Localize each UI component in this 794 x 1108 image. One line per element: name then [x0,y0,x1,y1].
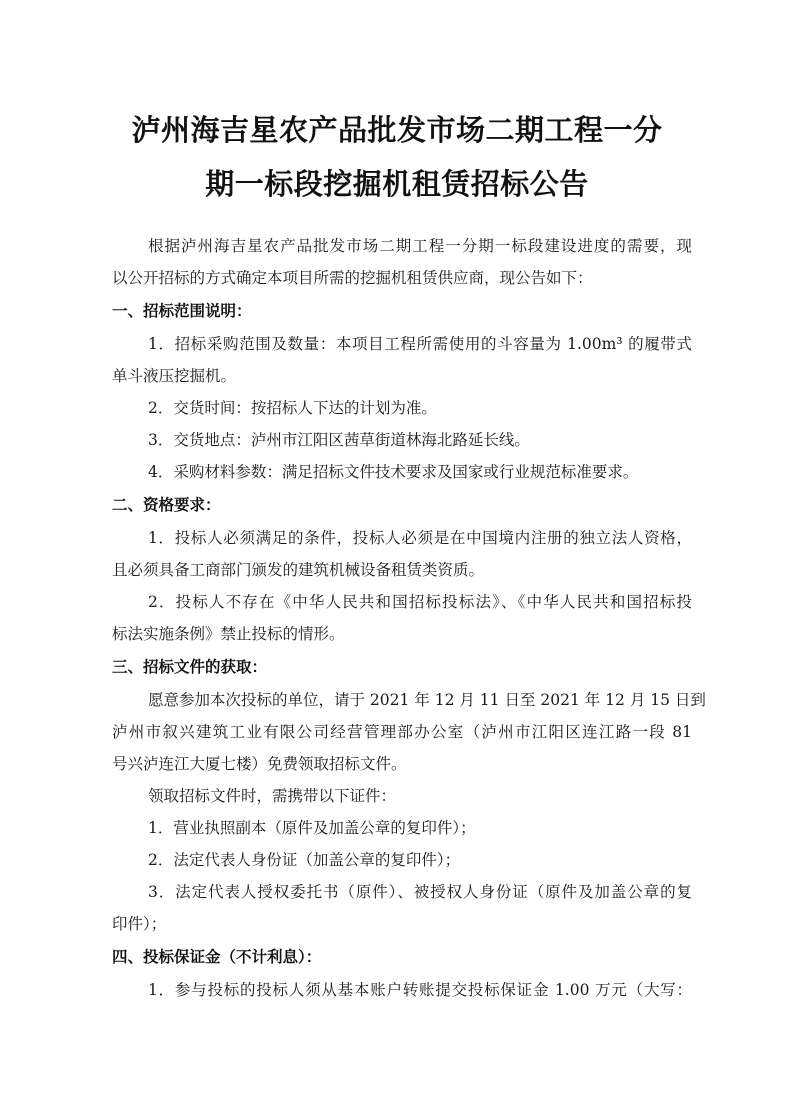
section-3-paragraph-line-3: 号兴泸连江大厦七楼）免费领取招标文件。 [112,754,692,774]
section-2-item-1-line-2: 且必须具备工商部门颁发的建筑机械设备租赁类资质。 [112,560,692,580]
document-title-line-1: 泸州海吉星农产品批发市场二期工程一分 [0,108,794,149]
section-1-item-2: 2．交货时间：按招标人下达的计划为准。 [148,398,728,418]
intro-paragraph-line-1: 根据泸州海吉星农产品批发市场二期工程一分期一标段建设进度的需要，现 [148,236,692,256]
section-2-item-2-line-1: 2．投标人不存在《中华人民共和国招标投标法》、《中华人民共和国招标投 [148,592,692,612]
section-3-item-2: 2．法定代表人身份证（加盖公章的复印件）； [148,850,728,870]
section-2-item-2-line-2: 标法实施条例》禁止投标的情形。 [112,624,692,644]
section-heading-4: 四、投标保证金（不计利息）： [112,947,692,967]
section-3-note: 领取招标文件时，需携带以下证件： [148,786,728,806]
section-heading-1: 一、招标范围说明： [112,301,692,321]
section-1-item-3: 3．交货地点：泸州市江阳区茜草街道林海北路延长线。 [148,430,728,450]
section-1-item-1-line-1: 1．招标采购范围及数量：本项目工程所需使用的斗容量为 1.00m³ 的履带式 [148,334,692,354]
intro-paragraph-line-2: 以公开招标的方式确定本项目所需的挖掘机租赁供应商，现公告如下： [112,268,692,288]
section-3-paragraph-line-2: 泸州市叙兴建筑工业有限公司经营管理部办公室（泸州市江阳区连江路一段 81 [112,722,692,742]
section-2-item-1-line-1: 1．投标人必须满足的条件，投标人必须是在中国境内注册的独立法人资格， [148,528,692,548]
section-heading-3: 三、招标文件的获取： [112,657,692,677]
section-3-item-3-line-2: 印件）； [112,914,692,934]
section-4-item-1-line-1: 1．参与投标的投标人须从基本账户转账提交投标保证金 1.00 万元（大写： [148,980,692,1000]
section-3-item-3-line-1: 3．法定代表人授权委托书（原件）、被授权人身份证（原件及加盖公章的复 [148,882,692,902]
section-heading-2: 二、资格要求： [112,495,692,515]
section-1-item-4: 4．采购材料参数：满足招标文件技术要求及国家或行业规范标准要求。 [148,462,728,482]
document-page: 泸州海吉星农产品批发市场二期工程一分 期一标段挖掘机租赁招标公告 根据泸州海吉星… [0,0,794,1108]
section-1-item-1-line-2: 单斗液压挖掘机。 [112,366,692,386]
section-3-paragraph-line-1: 愿意参加本次投标的单位，请于 2021 年 12 月 11 日至 2021 年 … [148,690,692,710]
document-title-line-2: 期一标段挖掘机租赁招标公告 [0,162,794,203]
section-3-item-1: 1．营业执照副本（原件及加盖公章的复印件）； [148,818,728,838]
